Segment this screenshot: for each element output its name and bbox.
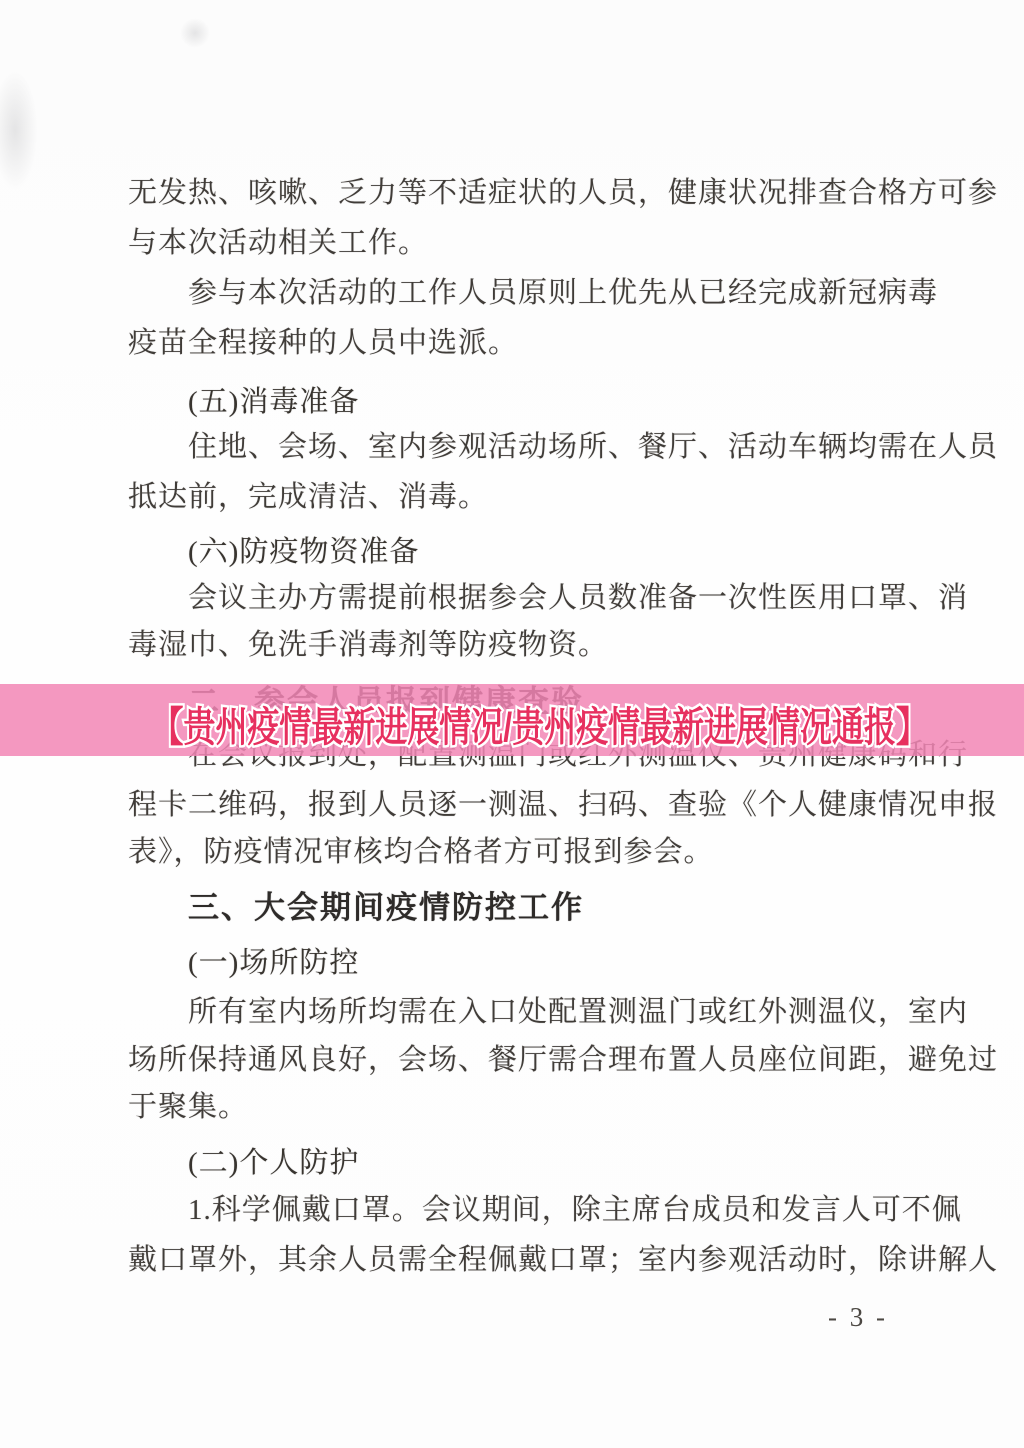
text-line: (二)个人防护: [188, 1140, 359, 1181]
section-heading: 三、大会期间疫情防控工作: [188, 882, 584, 927]
overlay-title-banner: 【贵州疫情最新进展情况/贵州疫情最新进展情况通报】: [0, 684, 1024, 756]
text-line: 表》，防疫情况审核均合格者方可报到参会。: [128, 829, 714, 870]
text-line: 住地、会场、室内参观活动场所、餐厅、活动车辆均需在人员: [188, 424, 998, 465]
page-number: - 3 -: [828, 1302, 888, 1333]
text-line: 会议主办方需提前根据参会人员数准备一次性医用口罩、消: [188, 575, 968, 616]
scanned-document-page: 无发热、咳嗽、乏力等不适症状的人员，健康状况排查合格方可参与本次活动相关工作。参…: [0, 0, 1024, 1448]
text-line: 毒湿巾、免洗手消毒剂等防疫物资。: [128, 622, 608, 663]
text-line: (一)场所防控: [188, 940, 359, 981]
text-line: 程卡二维码，报到人员逐一测温、扫码、查验《个人健康情况申报: [128, 782, 998, 823]
text-line: 场所保持通风良好，会场、餐厅需合理布置人员座位间距，避免过: [128, 1037, 998, 1078]
text-line: 抵达前，完成清洁、消毒。: [128, 474, 488, 515]
banner-title-text: 【贵州疫情最新进展情况/贵州疫情最新进展情况通报】: [152, 688, 928, 753]
text-line: 1.科学佩戴口罩。会议期间，除主席台成员和发言人可不佩: [188, 1187, 962, 1228]
text-line: (六)防疫物资准备: [188, 529, 419, 570]
text-line: (五)消毒准备: [188, 379, 359, 420]
text-line: 于聚集。: [128, 1084, 248, 1125]
scan-smudge: [180, 18, 210, 48]
text-line: 疫苗全程接种的人员中选派。: [128, 320, 518, 361]
text-line: 与本次活动相关工作。: [128, 220, 428, 261]
scan-smudge: [0, 70, 38, 190]
text-line: 戴口罩外，其余人员需全程佩戴口罩；室内参观活动时，除讲解人: [128, 1237, 998, 1278]
text-line: 无发热、咳嗽、乏力等不适症状的人员，健康状况排查合格方可参: [128, 170, 998, 211]
text-line: 所有室内场所均需在入口处配置测温门或红外测温仪，室内: [188, 989, 968, 1030]
text-line: 参与本次活动的工作人员原则上优先从已经完成新冠病毒: [188, 270, 938, 311]
